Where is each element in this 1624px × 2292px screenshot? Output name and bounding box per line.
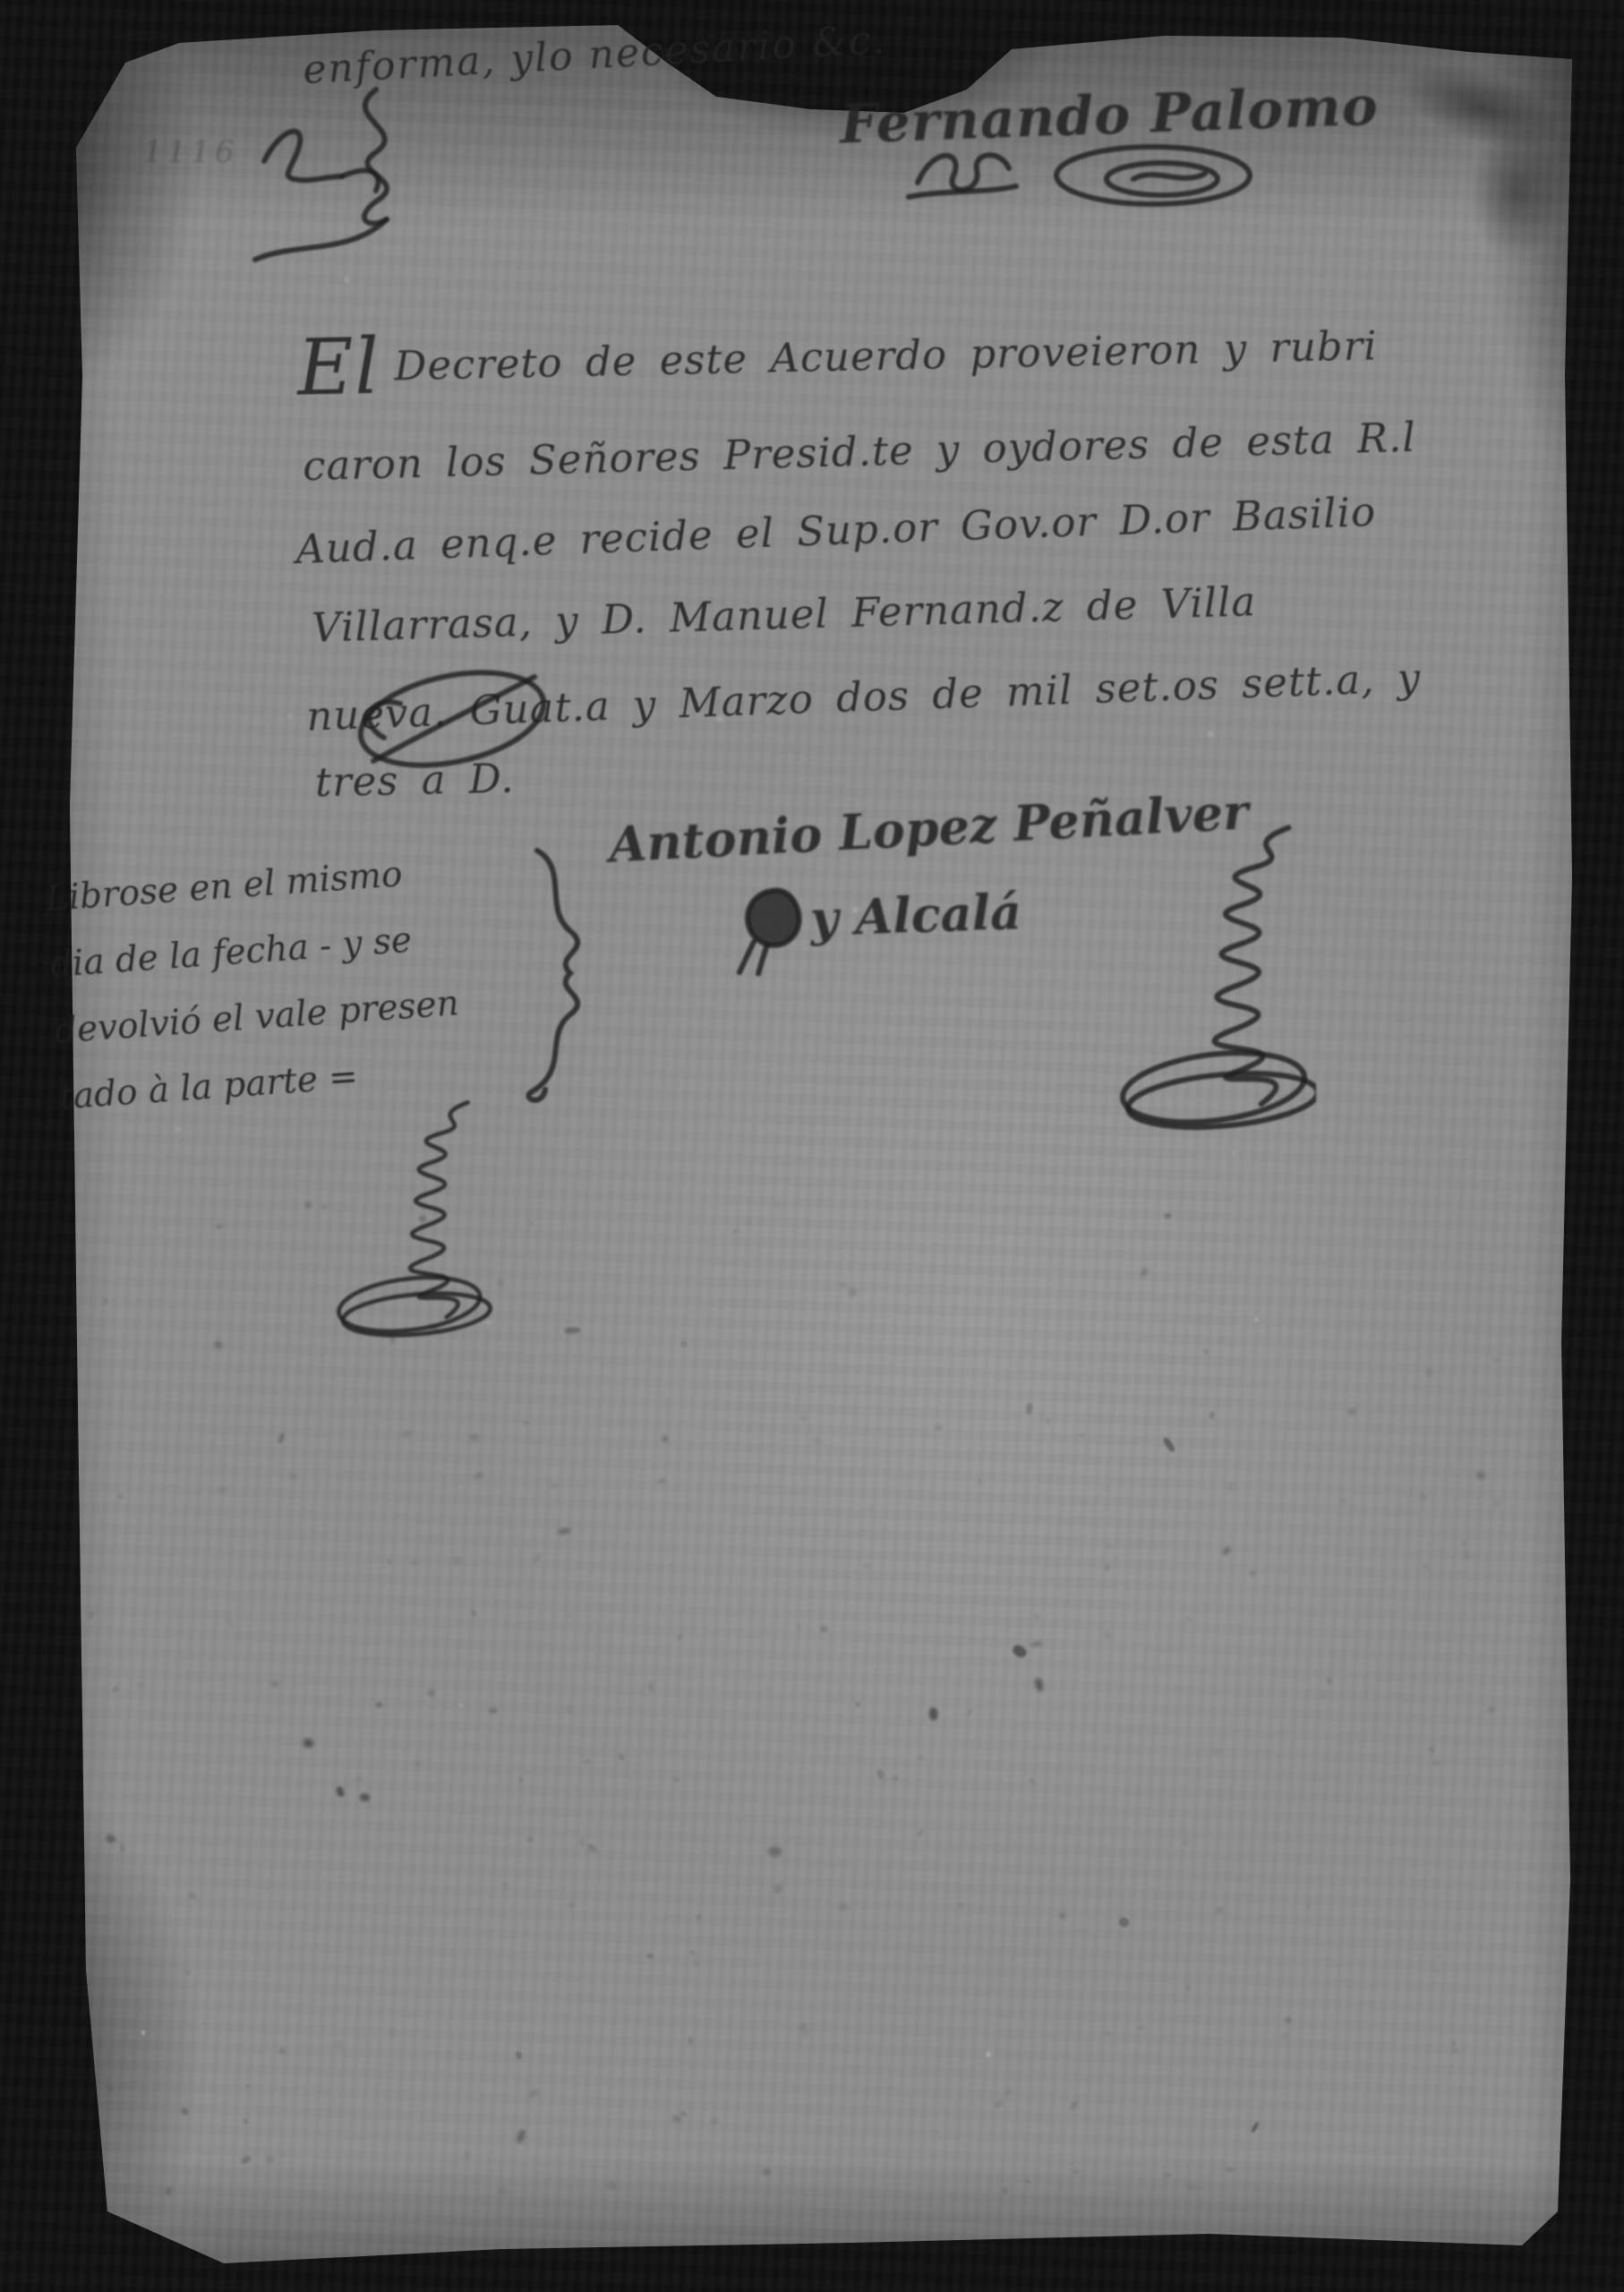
signature-rubric-small xyxy=(900,127,1025,208)
coil-rubric-right xyxy=(1106,819,1316,1133)
margin-note-brace xyxy=(515,846,600,1115)
secretary-signature-line2: y Alcalá xyxy=(809,883,1022,947)
signature-rubric-oval xyxy=(1047,140,1258,211)
manuscript-scan: 1116 enforma, ylo necesario &c. Fernando… xyxy=(0,0,1624,2292)
top-left-rubric-flourish xyxy=(242,76,457,273)
margin-note: Librose en el mismo dia de la fecha - y … xyxy=(43,839,466,1132)
coil-rubric-left xyxy=(304,1097,510,1338)
bleed-speck xyxy=(85,2018,90,2023)
decorated-initial: El xyxy=(296,322,380,414)
crossed-oval-flourish xyxy=(345,652,568,786)
signature-ink-blot xyxy=(727,877,816,976)
folio-mark: 1116 xyxy=(143,134,239,170)
